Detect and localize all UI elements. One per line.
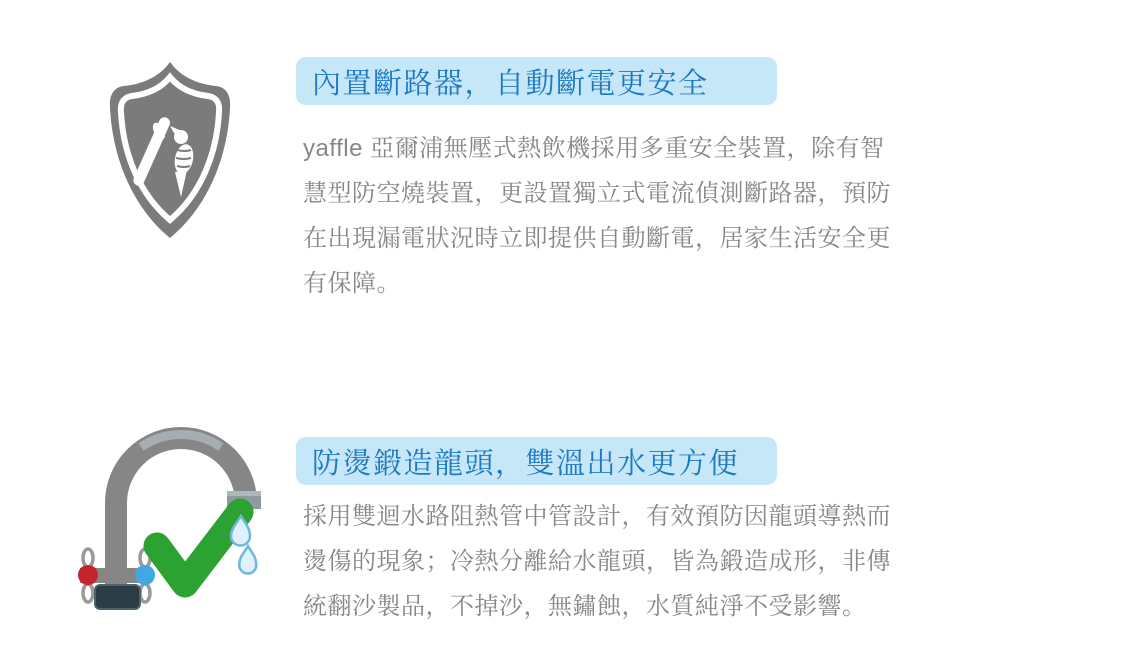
body-line: 在出現漏電狀況時立即提供自動斷電，居家生活安全更 (303, 216, 923, 261)
body-line: 統翻沙製品，不掉沙，無鏽蝕，水質純淨不受影響。 (303, 584, 923, 629)
body-line: 有保障。 (303, 261, 923, 306)
body-line: 慧型防空燒裝置，更設置獨立式電流偵測斷路器，預防 (303, 171, 923, 216)
feature-heading-faucet: 防燙鍛造龍頭，雙溫出水更方便 (296, 437, 777, 485)
feature-body-breaker: yaffle 亞爾浦無壓式熱飲機採用多重安全裝置，除有智 慧型防空燒裝置，更設置… (303, 126, 923, 306)
feature-body-faucet: 採用雙迴水路阻熱管中管設計，有效預防因龍頭導熱而 燙傷的現象；冷熱分離給水龍頭，… (303, 494, 923, 629)
feature-heading-breaker-label: 內置斷路器，自動斷電更安全 (312, 61, 709, 102)
feature-heading-breaker: 內置斷路器，自動斷電更安全 (296, 57, 777, 105)
body-line: 燙傷的現象；冷熱分離給水龍頭，皆為鍛造成形，非傳 (303, 539, 923, 584)
feature-heading-faucet-label: 防燙鍛造龍頭，雙溫出水更方便 (312, 441, 739, 482)
body-line: yaffle 亞爾浦無壓式熱飲機採用多重安全裝置，除有智 (303, 126, 923, 171)
shield-yaffle-logo-icon (107, 60, 233, 240)
faucet-check-drops-icon (60, 415, 270, 620)
body-line: 採用雙迴水路阻熱管中管設計，有效預防因龍頭導熱而 (303, 494, 923, 539)
